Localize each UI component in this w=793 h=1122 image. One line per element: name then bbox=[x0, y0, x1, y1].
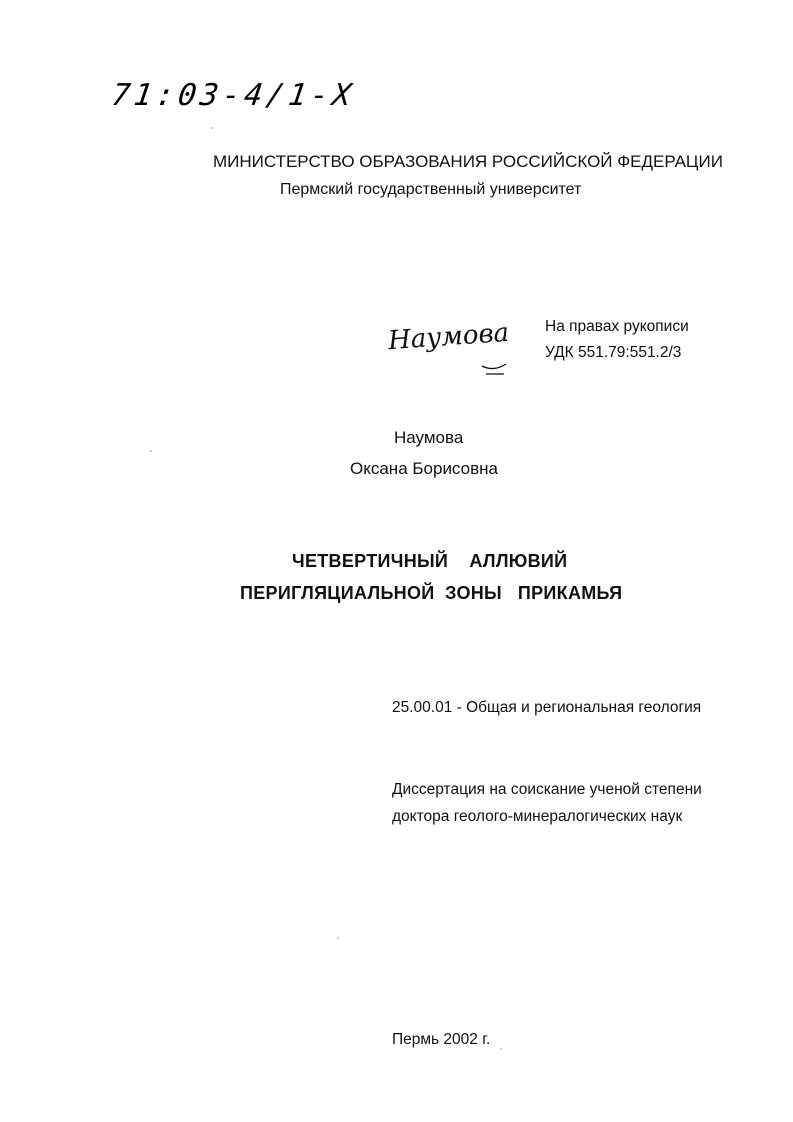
place-and-year: Пермь 2002 г. bbox=[392, 1031, 490, 1049]
thesis-title-line-2: ПЕРИГЛЯЦИАЛЬНОЙ ЗОНЫ ПРИКАМЬЯ bbox=[240, 583, 622, 604]
author-signature: Наумова bbox=[387, 318, 510, 356]
scan-speck bbox=[337, 937, 339, 939]
thesis-title-line-1: ЧЕТВЕРТИЧНЫЙ АЛЛЮВИЙ bbox=[292, 551, 567, 572]
degree-line-2: доктора геолого-минералогических наук bbox=[392, 808, 682, 826]
handwritten-catalog-number: 71:03-4/1-X bbox=[110, 78, 358, 113]
ministry-heading: МИНИСТЕРСТВО ОБРАЗОВАНИЯ РОССИЙСКОЙ ФЕДЕ… bbox=[213, 152, 723, 172]
degree-line-1: Диссертация на соискание ученой степени bbox=[392, 781, 702, 799]
author-given-names: Оксана Борисовна bbox=[350, 459, 498, 479]
specialty-code: 25.00.01 - Общая и региональная геология bbox=[392, 699, 701, 717]
scan-speck bbox=[150, 450, 152, 452]
scan-speck bbox=[211, 127, 213, 129]
university-name: Пермский государственный университет bbox=[280, 181, 581, 199]
scan-speck bbox=[500, 1048, 502, 1050]
udc-code: УДК 551.79:551.2/3 bbox=[545, 344, 681, 362]
rights-notice: На правах рукописи bbox=[545, 318, 689, 336]
author-surname: Наумова bbox=[394, 428, 463, 448]
signature-flourish-icon bbox=[480, 362, 510, 378]
